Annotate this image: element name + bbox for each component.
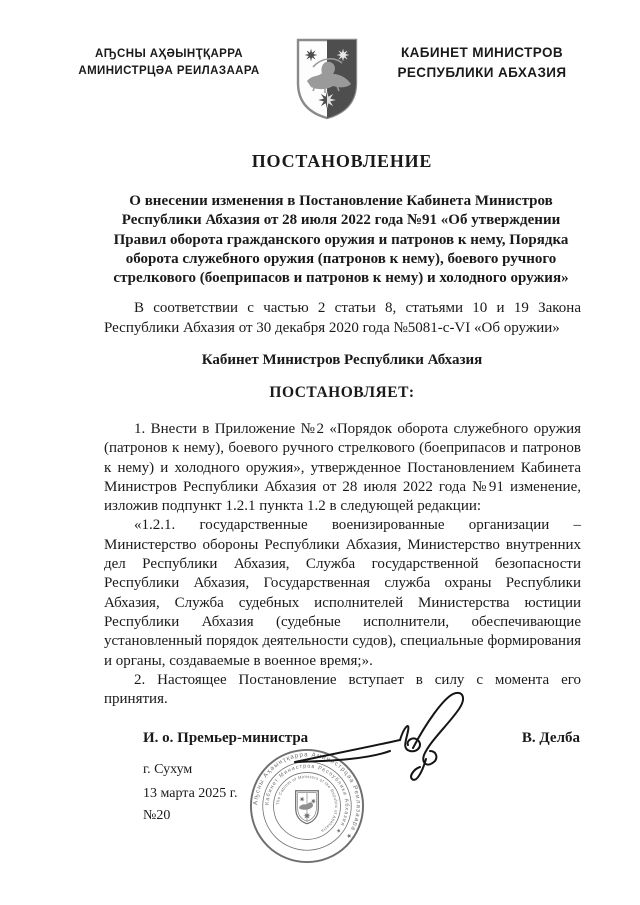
document-number: №20 [143, 808, 170, 824]
clause-1: 1. Внести в Приложение №2 «Порядок оборо… [104, 420, 581, 516]
preamble-paragraph: В соответствии с частью 2 статьи 8, стат… [104, 299, 581, 338]
org-name-russian: КАБИНЕТ МИНИСТРОВ РЕСПУБЛИКИ АБХАЗИЯ [366, 43, 598, 83]
org-name-abkhazian-line1: АҦСНЫ АҲӘЫНҬҚАРРА [46, 46, 292, 63]
clauses-block: 1. Внести в Приложение №2 «Порядок оборо… [104, 420, 581, 709]
document-type-title: ПОСТАНОВЛЕНИЕ [102, 151, 582, 172]
org-name-abkhazian-line2: АМИНИСТРЦӘА РЕИЛАЗААРА [46, 63, 292, 80]
org-name-abkhazian: АҦСНЫ АҲӘЫНҬҚАРРА АМИНИСТРЦӘА РЕИЛАЗААРА [46, 46, 292, 80]
authority-line: Кабинет Министров Республики Абхазия [102, 352, 582, 369]
handwritten-signature [278, 683, 473, 798]
decree-document-page: АҦСНЫ АҲӘЫНҬҚАРРА АМИНИСТРЦӘА РЕИЛАЗААРА… [0, 0, 640, 905]
org-name-russian-line2: РЕСПУБЛИКИ АБХАЗИЯ [366, 63, 598, 83]
org-name-russian-line1: КАБИНЕТ МИНИСТРОВ [366, 43, 598, 63]
issue-place: г. Сухум [143, 762, 192, 778]
clause-1-2-1: «1.2.1. государственные военизированные … [104, 516, 581, 670]
signer-name: В. Делба [522, 730, 580, 747]
issue-date: 13 марта 2025 г. [143, 786, 237, 802]
document-subject: О внесении изменения в Постановление Каб… [96, 192, 586, 288]
resolution-word: ПОСТАНОВЛЯЕТ: [102, 384, 582, 402]
abkhazia-coat-of-arms-icon [293, 36, 361, 127]
